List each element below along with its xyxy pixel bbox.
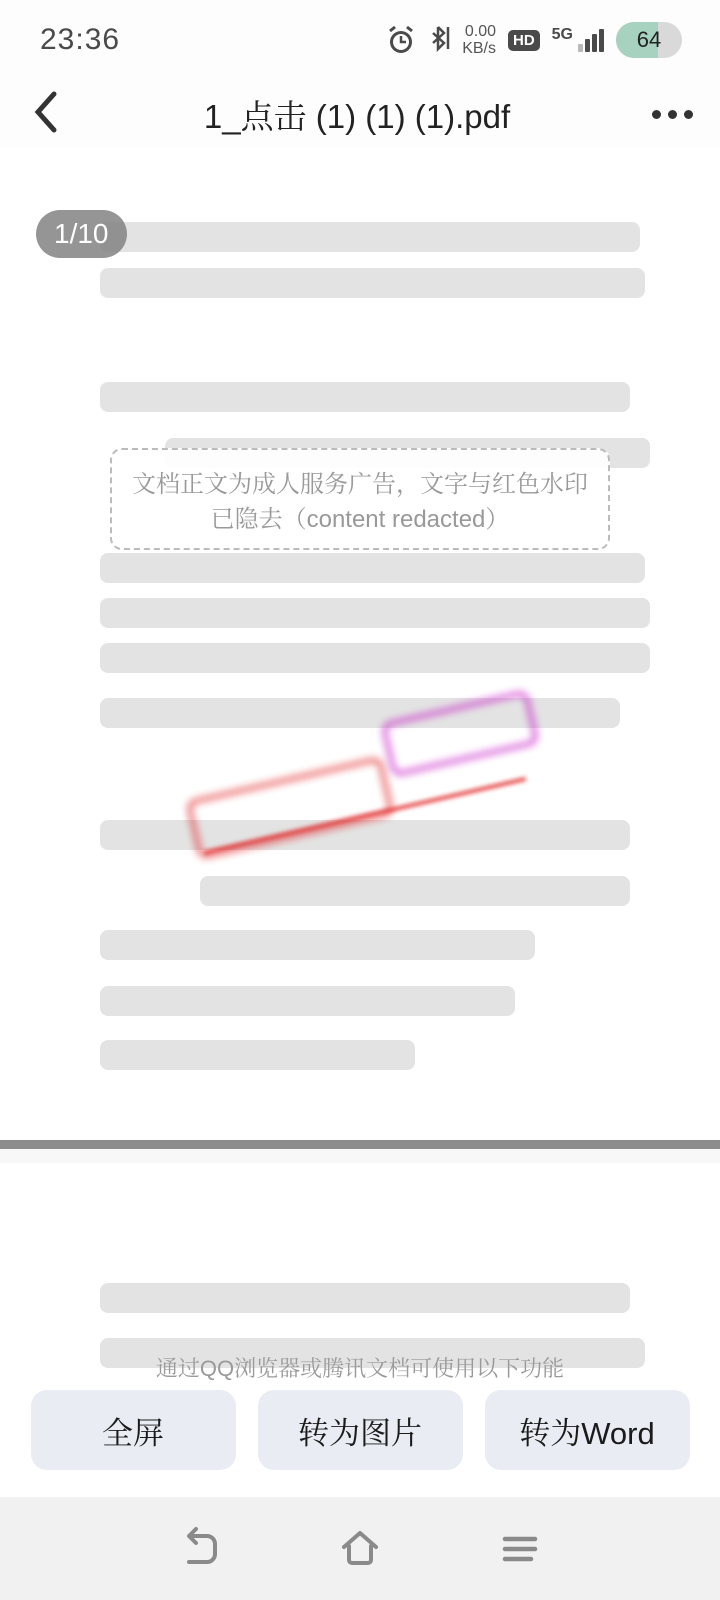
nav-home-button[interactable] — [320, 1509, 400, 1589]
signal-indicator: 5G — [552, 29, 604, 52]
dot — [684, 110, 693, 119]
network-speed: 0.00 KB/s — [462, 23, 496, 57]
convert-to-word-button[interactable]: 转为Word — [485, 1390, 690, 1470]
redacted-text-line — [100, 643, 650, 673]
signal-bars-icon — [578, 29, 604, 52]
redacted-text-line — [100, 1040, 415, 1070]
dot — [652, 110, 661, 119]
page-divider — [0, 1140, 720, 1149]
footer-button-row: 全屏 转为图片 转为Word — [0, 1390, 720, 1470]
redacted-text-line — [100, 598, 650, 628]
redacted-text-line — [100, 930, 535, 960]
redacted-text-line — [200, 876, 630, 906]
back-button[interactable] — [0, 90, 90, 139]
redaction-notice: 文档正文为成人服务广告，文字与红色水印已隐去（content redacted） — [110, 448, 610, 550]
page-number-badge: 1/10 — [36, 210, 127, 258]
hd-badge: HD — [508, 30, 540, 51]
title-bar: 1_点击 (1) (1) (1).pdf — [0, 80, 720, 148]
redacted-text-line — [100, 553, 645, 583]
status-icons: 0.00 KB/s HD 5G 64 — [384, 22, 682, 59]
android-nav-bar — [0, 1497, 720, 1600]
battery-indicator: 64 — [616, 22, 682, 58]
convert-to-image-button[interactable]: 转为图片 — [258, 1390, 463, 1470]
redacted-text-line — [100, 268, 645, 298]
nav-menu-button[interactable] — [480, 1509, 560, 1589]
bluetooth-icon — [430, 22, 450, 59]
redacted-text-line — [100, 382, 630, 412]
document-title: 1_点击 (1) (1) (1).pdf — [90, 91, 624, 138]
redacted-text-line — [100, 222, 640, 252]
network-speed-value: 0.00 — [465, 23, 496, 40]
battery-percent: 64 — [616, 22, 682, 58]
back-chevron-icon — [32, 90, 58, 139]
page-gap — [0, 1149, 720, 1163]
dot — [668, 110, 677, 119]
more-options-button[interactable] — [624, 110, 720, 119]
network-speed-unit: KB/s — [462, 40, 496, 57]
footer-hint-text: 通过QQ浏览器或腾讯文档可使用以下功能 — [0, 1352, 720, 1383]
pdf-page-view[interactable]: 1/10 文档正文为成人服务广告，文字与红色水印已隐去（content reda… — [0, 148, 720, 1497]
phone-screen: 23:36 0.00 KB/s HD 5G 64 — [0, 0, 720, 1600]
clock-time: 23:36 — [40, 23, 120, 57]
redacted-text-line — [100, 820, 630, 850]
status-bar: 23:36 0.00 KB/s HD 5G 64 — [0, 0, 720, 80]
footer-tools: 通过QQ浏览器或腾讯文档可使用以下功能 全屏 转为图片 转为Word — [0, 1344, 720, 1497]
redacted-text-line — [100, 986, 515, 1016]
network-type-label: 5G — [552, 26, 573, 44]
redacted-text-line — [100, 1283, 630, 1313]
alarm-icon — [384, 23, 418, 57]
nav-back-button[interactable] — [160, 1509, 240, 1589]
fullscreen-button[interactable]: 全屏 — [31, 1390, 236, 1470]
redacted-text-line — [100, 698, 620, 728]
